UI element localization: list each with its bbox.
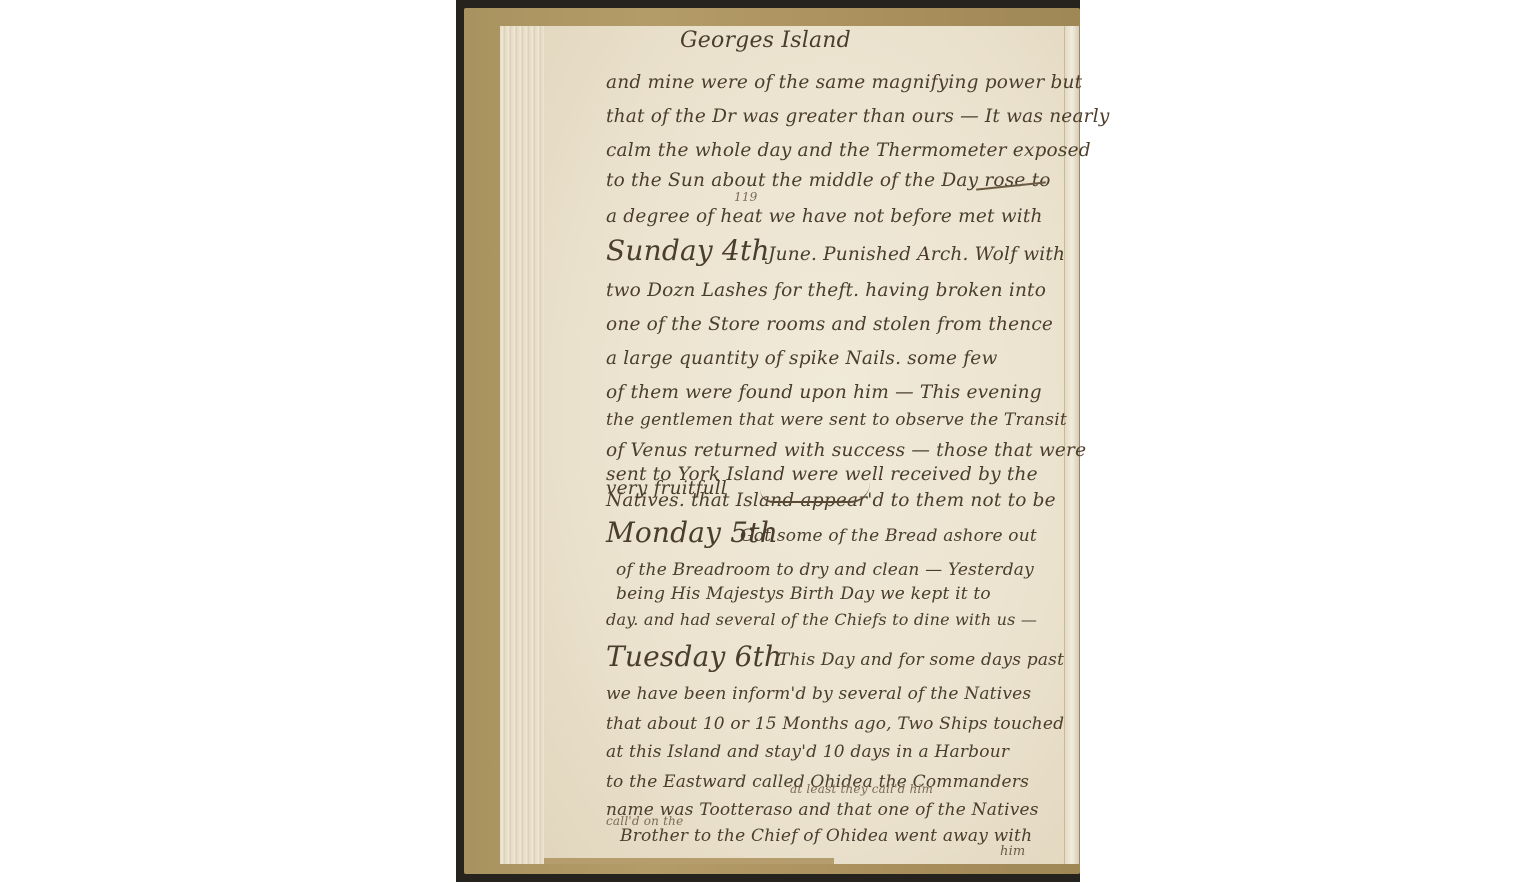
running-head: Georges Island bbox=[680, 28, 851, 53]
text-line: of the Breadroom to dry and clean — Yest… bbox=[616, 560, 1034, 580]
text-line: being His Majestys Birth Day we kept it … bbox=[616, 584, 991, 604]
text-line: one of the Store rooms and stolen from t… bbox=[606, 314, 1053, 335]
text-line: This Day and for some days past bbox=[778, 650, 1064, 670]
interlinear-note: at least they call'd him bbox=[790, 782, 933, 796]
text-line: day. and had several of the Chiefs to di… bbox=[606, 610, 1037, 629]
folio-insert: 119 bbox=[734, 190, 758, 204]
text-line: that about 10 or 15 Months ago, Two Ship… bbox=[606, 714, 1064, 734]
text-line: that of the Dr was greater than ours — I… bbox=[606, 106, 1110, 127]
text-line: the gentlemen that were sent to observe … bbox=[606, 410, 1067, 430]
text-line: calm the whole day and the Thermometer e… bbox=[606, 140, 1091, 161]
entry-day-sunday: Sunday 4th bbox=[606, 234, 770, 267]
text-line: very fruitfull bbox=[606, 478, 727, 499]
text-line: June. Punished Arch. Wolf with bbox=[768, 244, 1065, 265]
text-line: at this Island and stay'd 10 days in a H… bbox=[606, 742, 1009, 762]
text-line: two Dozn Lashes for theft. having broken… bbox=[606, 280, 1046, 301]
text-line: Brother to the Chief of Ohidea went away… bbox=[620, 826, 1032, 846]
text-line: and mine were of the same magnifying pow… bbox=[606, 72, 1082, 93]
flourish-mark bbox=[760, 483, 870, 503]
entry-day-tuesday: Tuesday 6th bbox=[606, 640, 782, 673]
page-edges bbox=[500, 26, 545, 864]
text-line: of Venus returned with success — those t… bbox=[606, 440, 1086, 461]
text-line: a degree of heat we have not before met … bbox=[606, 206, 1043, 227]
text-line: a large quantity of spike Nails. some fe… bbox=[606, 348, 998, 369]
text-line: we have been inform'd by several of the … bbox=[606, 684, 1031, 704]
text-line: Got some of the Bread ashore out bbox=[740, 526, 1037, 546]
text-line: of them were found upon him — This eveni… bbox=[606, 382, 1042, 403]
catchword: him bbox=[1000, 844, 1025, 859]
cover-bottom-strip bbox=[544, 858, 834, 864]
